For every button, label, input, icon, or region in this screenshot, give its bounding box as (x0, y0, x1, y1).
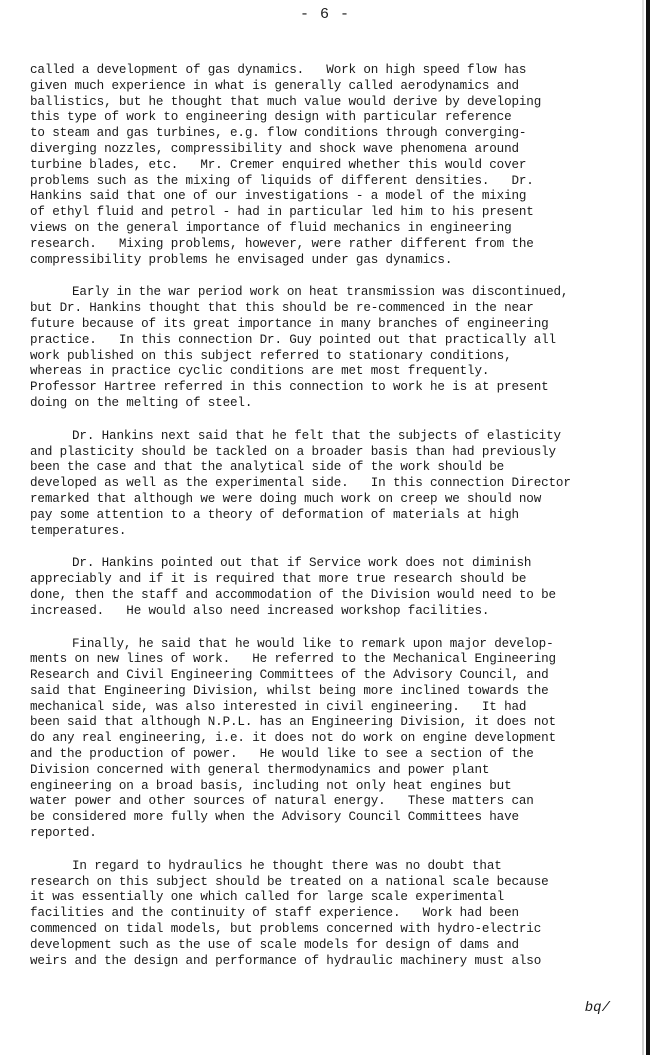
text-line: work published on this subject referred … (30, 349, 615, 365)
paragraph-elasticity-plasticity: Dr. Hankins next said that he felt that … (30, 429, 615, 540)
text-line: said that Engineering Division, whilst b… (30, 684, 615, 700)
text-line: it was essentially one which called for … (30, 890, 615, 906)
text-line: to steam and gas turbines, e.g. flow con… (30, 126, 615, 142)
text-line: pay some attention to a theory of deform… (30, 508, 615, 524)
text-line: increased. He would also need increased … (30, 604, 615, 620)
page-edge-shadow (642, 0, 644, 1055)
text-line: Finally, he said that he would like to r… (30, 637, 615, 653)
text-line: Hankins said that one of our investigati… (30, 189, 615, 205)
text-line: of ethyl fluid and petrol - had in parti… (30, 205, 615, 221)
document-body: called a development of gas dynamics. Wo… (30, 63, 615, 986)
text-line: Professor Hartree referred in this conne… (30, 380, 615, 396)
text-line: doing on the melting of steel. (30, 396, 615, 412)
text-line: reported. (30, 826, 615, 842)
page-number: - 6 - (0, 6, 650, 23)
text-line: ballistics, but he thought that much val… (30, 95, 615, 111)
text-line: research on this subject should be treat… (30, 875, 615, 891)
paragraph-staff-accommodation: Dr. Hankins pointed out that if Service … (30, 556, 615, 619)
text-line: facilities and the continuity of staff e… (30, 906, 615, 922)
text-line: problems such as the mixing of liquids o… (30, 174, 615, 190)
continuation-mark: bq/ (585, 1000, 610, 1016)
text-line: developed as well as the experimental si… (30, 476, 615, 492)
text-line: and plasticity should be tackled on a br… (30, 445, 615, 461)
text-line: diverging nozzles, compressibility and s… (30, 142, 615, 158)
text-line: given much experience in what is general… (30, 79, 615, 95)
text-line: called a development of gas dynamics. Wo… (30, 63, 615, 79)
text-line: weirs and the design and performance of … (30, 954, 615, 970)
text-line: do any real engineering, i.e. it does no… (30, 731, 615, 747)
text-line: water power and other sources of natural… (30, 794, 615, 810)
text-line: commenced on tidal models, but problems … (30, 922, 615, 938)
text-line: ments on new lines of work. He referred … (30, 652, 615, 668)
text-line: Dr. Hankins pointed out that if Service … (30, 556, 615, 572)
text-line: engineering on a broad basis, including … (30, 779, 615, 795)
text-line: been said that although N.P.L. has an En… (30, 715, 615, 731)
text-line: and the production of power. He would li… (30, 747, 615, 763)
text-line: future because of its great importance i… (30, 317, 615, 333)
text-line: Dr. Hankins next said that he felt that … (30, 429, 615, 445)
text-line: Research and Civil Engineering Committee… (30, 668, 615, 684)
text-line: done, then the staff and accommodation o… (30, 588, 615, 604)
text-line: views on the general importance of fluid… (30, 221, 615, 237)
page-border (646, 0, 650, 1055)
text-line: temperatures. (30, 524, 615, 540)
text-line: mechanical side, was also interested in … (30, 700, 615, 716)
text-line: research. Mixing problems, however, were… (30, 237, 615, 253)
text-line: but Dr. Hankins thought that this should… (30, 301, 615, 317)
text-line: development such as the use of scale mod… (30, 938, 615, 954)
paragraph-heat-transmission: Early in the war period work on heat tra… (30, 285, 615, 411)
text-line: Early in the war period work on heat tra… (30, 285, 615, 301)
text-line: remarked that although we were doing muc… (30, 492, 615, 508)
text-line: Division concerned with general thermody… (30, 763, 615, 779)
text-line: whereas in practice cyclic conditions ar… (30, 364, 615, 380)
text-line: appreciably and if it is required that m… (30, 572, 615, 588)
text-line: practice. In this connection Dr. Guy poi… (30, 333, 615, 349)
text-line: In regard to hydraulics he thought there… (30, 859, 615, 875)
paragraph-gas-dynamics: called a development of gas dynamics. Wo… (30, 63, 615, 268)
text-line: compressibility problems he envisaged un… (30, 253, 615, 269)
text-line: this type of work to engineering design … (30, 110, 615, 126)
text-line: be considered more fully when the Adviso… (30, 810, 615, 826)
text-line: turbine blades, etc. Mr. Cremer enquired… (30, 158, 615, 174)
paragraph-hydraulics: In regard to hydraulics he thought there… (30, 859, 615, 970)
text-line: been the case and that the analytical si… (30, 460, 615, 476)
paragraph-new-lines-of-work: Finally, he said that he would like to r… (30, 637, 615, 842)
